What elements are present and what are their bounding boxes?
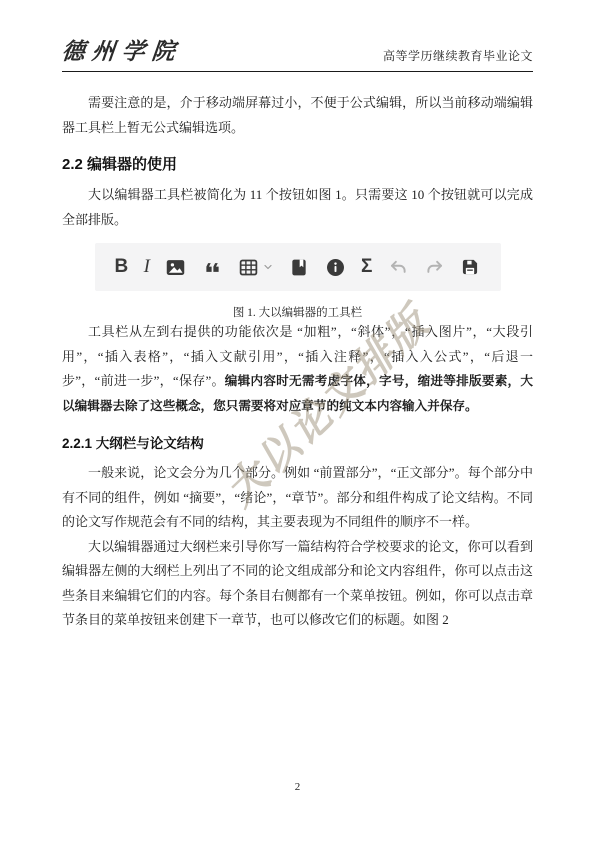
page-number: 2 [0, 781, 595, 793]
insert-image-icon [165, 255, 186, 279]
figure-caption: 图 1. 大以编辑器的工具栏 [62, 304, 533, 320]
editor-toolbar-figure: B I [95, 243, 501, 291]
paragraph-mobile-note: 需要注意的是，介于移动端屏幕过小，不便于公式编辑，所以当前移动端编辑器工具栏上暂… [62, 91, 533, 140]
header-rule: 德州学院 高等学历继续教育毕业论文 [62, 33, 533, 72]
insert-annotation-icon [325, 255, 346, 279]
page-content: 需要注意的是，介于移动端屏幕过小，不便于公式编辑，所以当前移动端编辑器工具栏上暂… [62, 91, 533, 633]
page-header: 德州学院 高等学历继续教育毕业论文 [62, 0, 533, 72]
insert-citation-icon [289, 255, 309, 279]
university-logo: 德州学院 [60, 33, 183, 66]
chevron-down-icon [262, 255, 274, 279]
blockquote-icon [202, 255, 223, 279]
bold-button: B [115, 255, 129, 279]
italic-button: I [144, 255, 150, 279]
paragraph-toolbar-functions: 工具栏从左到右提供的功能依次是 “加粗”，“斜体”，“插入图片”，“大段引用”，… [62, 320, 533, 418]
undo-icon [388, 255, 409, 279]
insert-formula-icon: Σ [361, 255, 372, 279]
paragraph-thesis-structure: 一般来说，论文会分为几个部分。例如 “前置部分”，“正文部分”。每个部分中有不同… [62, 461, 533, 535]
paragraph-outline-bar: 大以编辑器通过大纲栏来引导你写一篇结构符合学校要求的论文，你可以看到编辑器左侧的… [62, 535, 533, 633]
section-heading-2-2: 2.2 编辑器的使用 [62, 153, 533, 174]
document-page: 德州学院 高等学历继续教育毕业论文 需要注意的是，介于移动端屏幕过小，不便于公式… [0, 0, 595, 842]
paragraph-toolbar-intro: 大以编辑器工具栏被简化为 11 个按钮如图 1。只需要这 10 个按钮就可以完成… [62, 183, 533, 232]
redo-icon [424, 255, 445, 279]
section-heading-2-2-1: 2.2.1 大纲栏与论文结构 [62, 432, 533, 452]
insert-table-group [238, 255, 274, 279]
insert-table-icon [238, 255, 259, 279]
header-running-title: 高等学历继续教育毕业论文 [383, 47, 533, 66]
save-icon [460, 255, 480, 279]
